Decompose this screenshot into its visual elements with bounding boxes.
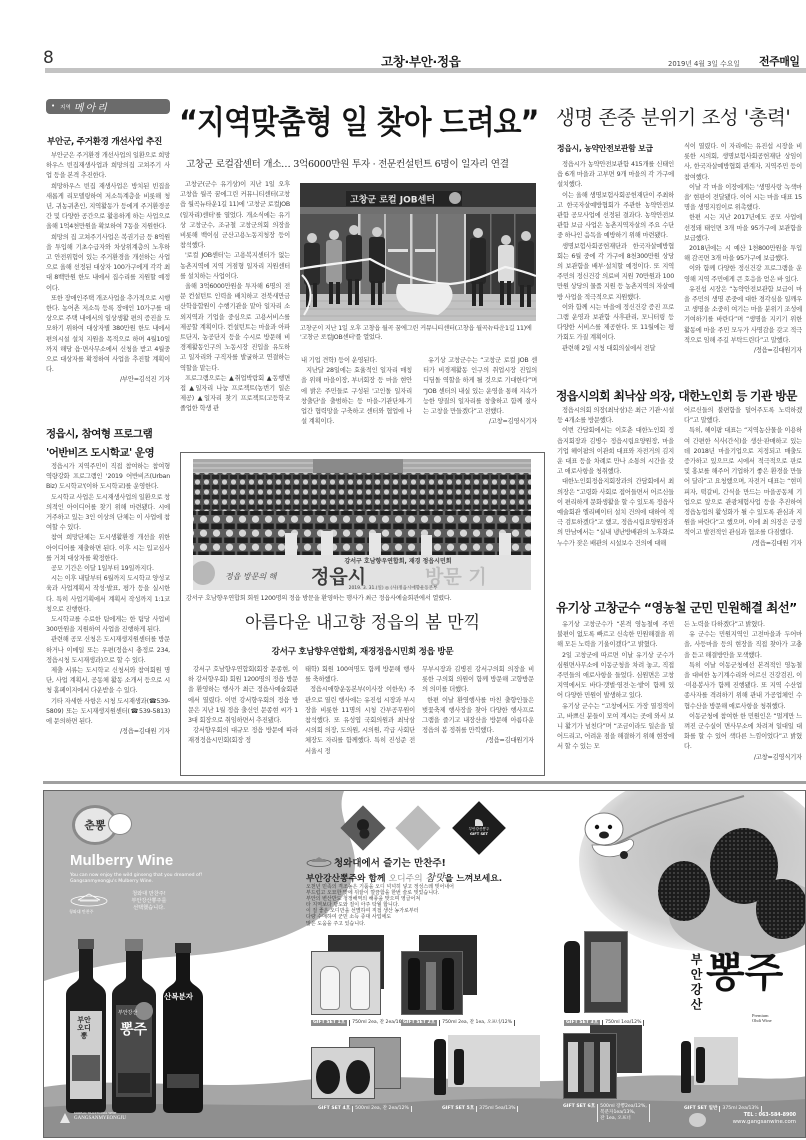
gift-set-detail: 375ml 2ea/13% [719,1106,761,1112]
paragraph: 정읍시가 지역주민이 직접 참여하는 참여형 역량강화 프로그램인 '2019 … [46,462,170,493]
gift-set-3-bag [584,931,628,1013]
article-body-council-col2: 어르신들의 불편함을 덜어주도록 노력하겠다”고 말했다. 특히, 헤이팜 대표… [684,406,802,574]
ad-website: www.gangsanwine.com [712,1119,796,1125]
gift-set-detail: 750ml 2ea, 잔 2ea/16% [349,1020,409,1026]
paragraph: 관련해 2일 시청 대회의실에서 전달 [557,344,674,354]
paragraph: 이동군청에 참여한 한 민원인은 “멀게만 느껴진 군수실이 면사무소에 차려져… [684,712,802,753]
gift-set-badge: GIFT SET 1호 [311,1020,347,1026]
byline: /고창=김영식기자 [423,417,537,427]
gift-set-detail: 375ml 5ea/13% [476,1106,518,1112]
paragraph: 정읍시의회 의장(최낙삼)은 최근 기관·시설 등 4개소를 방문했다. [557,406,674,426]
gift-set-5-image [448,1035,540,1087]
photo-jobcenter-opening: 고창군 로컬 JOB센터 [300,183,536,321]
paragraph: 유기상 고창군수가 “본격 영농철에 주민 불편이 없도록 빠르고 신속한 민원… [557,620,674,651]
headline-buan-housing: 부안군, 주거환경 개선사업 추진 [47,135,162,147]
gift-set-general-bottle [681,1041,691,1093]
article-body-hometown-col1: 강서구 호남향우연합회(회장 문종현, 이하 강서향우회) 회원 1200명의 … [188,665,298,767]
paragraph: 공모 기간은 이달 1일부터 19일까지다. [46,564,170,574]
ad-headline-line2: 부안강산뽕주와 함께 오디주의 참맛을 느껴보세요. [306,869,502,884]
header-rule [45,68,806,73]
photo-caption-jobcenter: 고창군이 지난 1일 오후 고창읍 월곡 꿈에그린 커뮤니티센터(고창읍 월곡뉴… [300,324,536,343]
paragraph: 이는 올해 생명보험사회공헌재단이 주최하고 한국자살예방협회가 주관한 농약안… [557,191,674,242]
banner-top-text: 강서구 호남향우연합회, 재경 정읍시민회 [344,557,451,565]
article-body-jobcenter-col1: 고창군(군수 유기상)이 지난 1일 오후 고창읍 월곡 꿈에그린 커뮤니티센터… [180,180,290,432]
photo-jobcenter-image: 고창군 로컬 JOB센터 [300,183,536,321]
byline: /고창=김영식기자 [684,753,802,763]
photo-hometown-image: 강서구 호남향우연합회, 재경 정읍시민회 정읍 방문의 해 정읍시 방문 기 … [193,459,531,590]
article-body-urbanbiz: 정읍시가 지역주민이 직접 참여하는 참여형 역량강화 프로그램인 '2019 … [46,462,170,778]
paragraph: 2018년에는 시 예산 1천800만원을 투입해 감곡면 3개 마을 95가구… [684,244,802,264]
brand-logo-text: 춘뽕 [84,817,105,833]
calligraphy-big: 뽕주 [706,941,783,998]
gift-set-badge: GIFT SET 일반 [684,1106,717,1112]
article-body-pesticide-col2: 식이 열렸다. 이 자리에는 유진섭 시장을 비롯한 시의회, 생명보험사회공헌… [684,142,802,364]
ad-headline-part: 오디주의 [389,874,426,884]
headline-urbanbiz-line1: 정읍시, 참여형 프로그램 [46,426,152,441]
gift-set-3-bottle [564,941,580,1013]
paragraph: 내 기업 견학) 등이 운영된다. [301,356,412,366]
article-body-jobcenter-col3: 유기상 고창군수는 “고창군 로컬 JOB 센터가 비경제활동 인구의 취업시장… [423,356,537,438]
paragraph: 식이 열렸다. 이 자리에는 유진섭 시장을 비롯한 시의회, 생명보험사회공헌… [684,142,802,183]
article-body-council-col1: 정읍시의회 의장(최낙삼)은 최근 기관·시설 등 4개소를 방문했다. 이번 … [557,406,674,572]
advertisement-mulberry-wine: 춘뽕 Mulberry Wine You can now enjoy the w… [43,790,806,1138]
brand-seal-icon [689,1113,706,1127]
byline: /정읍=김대원 기자 [684,539,802,549]
maker-name: GANGSANMYEONGJU [74,1116,126,1121]
paragraph: 강서구 호남향우연합회(회장 문종현, 이하 강서향우회) 회원 1200명의 … [188,665,298,726]
gift-set-badge: GIFT SET 6호 [563,1104,595,1110]
ad-body-text: 오천년 민족의 격조높은 기품을 오디 넉넉히 넣고 정성스레 빚어내어 부드럽… [306,884,454,927]
headline-urbanbiz-line2: '어반비즈 도시학교' 운영 [46,445,154,460]
paragraph: 어르신들의 불편함을 덜어주도록 노력하겠다”고 말했다. [684,406,802,426]
bottle-label-3: 산복분자 [164,991,193,1002]
paragraph: '로컬 JOB센터'는 고용복지센터가 없는 농촌지역에 지역 거점형 일자리 … [180,251,290,282]
paragraph: 관련해 공모 신청은 도시재생지원센터를 방문하거나 이메일 또는 우편(정읍시… [46,635,170,666]
selection-line: 청와대 만찬주! [114,891,184,898]
gift-set-4-image [311,1047,375,1099]
calligraphy-small: 부안강산 [688,953,705,1013]
column-label-local-echo: • 지역 메아리 [46,99,170,114]
paragraph: 강서향우회의 대규모 정읍 방문에 따라 재경정읍시민회(회장 정 [188,726,298,746]
gift-set-5-label: GIFT SET 5호375ml 5ea/13% [442,1106,518,1112]
brand-title: Mulberry Wine [70,852,173,869]
paragraph: 고창군(군수 유기상)이 지난 1일 오후 고창읍 월곡 꿈에그린 커뮤니티센터… [180,180,290,251]
issue-date: 2019년 4월 3일 수요일 [668,58,740,68]
page-number: 8 [43,48,54,68]
photo-hometown-group: 강서구 호남향우연합회, 재경 정읍시민회 정읍 방문의 해 정읍시 방문 기 … [193,459,531,590]
paragraph: 생명보험사회공헌재단과 한국자살예방협회는 6월 중에 각 가구에 8천300만… [557,242,674,303]
paragraph: 제출 서류는 도시학교 신청서와 참여회원 명단, 사업 계획서, 공동체 활동… [46,666,170,697]
tagline-line: You can now enjoy the wild ginseng that … [70,873,202,879]
paragraph: 특히, 헤이팜 대표는 “지역농산물을 이용하여 간편한 식사(간식)을 생산·… [684,426,802,538]
paragraph: 무부시장과 김병진 강서구의회 의장을 비롯한 구의회 의원이 함께 방문해 고… [422,665,534,696]
paragraph: 희망하우스 빈집 재생사업은 방치된 빈집을 새롭게 리모델링하여 저소득계층을… [46,182,170,233]
article-body-hometown-col3: 무부시장과 김병진 강서구의회 의장을 비롯한 구의회 의원이 함께 방문해 고… [422,665,534,769]
paragraph: 대한노인회정읍지회장과의 간담회에서 최 의장은 “고령화 사회로 접어들면서 … [557,477,674,548]
byline: /정읍=김대원기자 [684,346,802,356]
photo-caption-hometown: 강서구 호남향우연합회 회원 1200명의 정읍 방문을 환영하는 행사가 최근… [186,594,541,603]
ad-headline-part: 참맛 [425,873,444,884]
paragraph: 이날 각 마을 이장에게는 '생명사랑 녹색마을' 현판이 전달됐다. 이어 시… [684,183,802,214]
gift-set-4-label: GIFT SET 4호500ml 2ea, 잔 2ea/12% [318,1106,412,1112]
byline: /정읍=김대원기자 [422,736,534,746]
headline-mayor: 유기상 고창군수 “영농철 군민 민원해결 최선” [556,598,797,616]
gift-logo-icon [475,819,483,826]
tagline-line: Gangsanmyeongju's Mulberry Wine. [70,879,202,885]
bottle-label-1: 부안오디뽕 [74,1016,94,1040]
byline: /정읍=김대원 기자 [46,727,170,737]
article-body-pesticide-col1: 정읍시가 농약안전보관함 415개를 신태인읍 6개 마을과 고부면 9개 마을… [557,160,674,365]
gift-set-2-image [401,951,463,1015]
paragraph: 이와 함께 시는 마을에 정신건강 증진 프로그램 운영과 보관함 사후관리, … [557,303,674,344]
paragraph: 또한 장애인주택 개조사업을 추가적으로 시행한다. 농어촌 저소득 등록 장애… [46,294,170,376]
article-body-buan: 부안군은 주거환경 개선사업의 일환으로 희망하우스 빈집재생사업과 희망의집 … [46,151,170,407]
selection-line: 선택했습니다. [114,905,184,912]
gift-set-detail: 750ml 2ea, 잔 1ea, 오프너/12% [439,1020,515,1026]
gift-set-badge: GIFT SET 4호 [318,1106,350,1112]
ad-body-line: 많은 도움을 주고 있습니다. [306,921,454,927]
gift-set-badge: GIFT SET 5호 [442,1106,474,1112]
article-body-hometown-col2: 태학) 회원 100여명도 함께 방문해 행사를 축하했다. 정읍시애향운동본부… [305,665,415,767]
paragraph: 도시학교를 수료한 팀에게는 한 팀당 사업비 300만원을 지원하여 사업을 … [46,615,170,635]
paragraph: 특히 이날 이동군청에선 본격적인 영농철을 대비한 농기계수리와 어르신 건강… [684,661,802,712]
gift-set-diamond-text: 부안강산뽕주 GIFT SET [459,819,499,837]
ad-headline-line1: 청와대에서 즐기는 만찬주! [334,855,446,869]
banner-main-text: 정읍시 [311,565,366,588]
paragraph: 지난달 28일에는 효율적인 일자리 매칭을 위해 마을이장, 부녀회장 등 마… [301,366,412,427]
article-body-mayor-col1: 유기상 고창군수가 “본격 영농철에 주민 불편이 없도록 빠르고 신속한 민원… [557,620,674,778]
gift-set-badge: GIFT SET 2호 [401,1020,437,1026]
paragraph: 올해 3억6000만원을 투자해 6명의 전문 컨설턴트 인력을 배치하고 전북… [180,282,290,374]
column-label-title: 메아리 [74,99,109,114]
blue-house-emblem-small-icon [306,855,332,867]
gift-set-1-label: GIFT SET 1호750ml 2ea, 잔 2ea/16% [311,1020,409,1026]
paragraph: 유 군수는 민원지역인 고전마을과 두어마을, 사등마을 등의 현장을 직접 찾… [684,630,802,661]
ad-phone: TEL : 063-584-8900 [724,1113,796,1118]
paragraph: 한편 이날 환영행사를 마친 출향인들은 벚꽃축제 행사장을 찾아 다양한 행사… [422,696,534,737]
selection-text: 청와대 만찬주! 부안강산뽕주를 선택했습니다. [114,891,184,912]
gift-set-detail: 500ml 장뽕2ea/12%, 복분자1ea/13%, 잔 1ea, 오프너 [597,1104,650,1122]
premium-label: Premium Ohdi Wine [752,1013,772,1024]
logo-mascot-icon [108,813,132,835]
subtitle-jobcenter: 고창군 로컬잡센터 개소… 3억6000만원 투자 · 전문컨설턴트 6명이 일… [186,156,509,170]
gift-set-general-label: GIFT SET 일반375ml 2ea/13% [684,1106,762,1112]
newspaper-name: 전주매일 [759,53,800,69]
paragraph: 참여 희망단체는 도시생활환경 개선을 위한 아이디어를 제출하면 된다. 이후… [46,533,170,564]
premium-line: Ohdi Wine [752,1018,772,1023]
paragraph: 이와 함께 다양한 정신건강 프로그램을 운영해 지역 주민에게 큰 호응을 얻… [684,264,802,284]
ad-separator-rule [43,781,806,784]
gift-set-1-image [311,951,381,1015]
paragraph: 유진섭 시장은 “농약안전보관함 보급이 마을 주민의 생명 존중에 대한 경각… [684,285,802,346]
paragraph: 유기상 군수는 “고창에서도 가장 열정적이고, 바쁘신 분들이 모여 계시는 … [557,702,674,753]
paragraph: 한편 시는 지난 2017년에도 공모 사업에 선정돼 태인면 3개 마을 95… [684,213,802,244]
selection-line: 부안강산뽕주를 [114,898,184,905]
paragraph: 정읍시애향운동본부(이사장 이한욱) 주관으로 열린 행사에는 유진섭 시장과 … [305,685,415,756]
gift-set-2-label: GIFT SET 2호750ml 2ea, 잔 1ea, 오프너/12% [401,1020,515,1026]
headline-jobcenter: “지역맞춤형 일 찾아 드려요” [179,97,539,143]
paragraph: 태학) 회원 100여명도 함께 방문해 행사를 축하했다. [305,665,415,685]
ad-headline-part: 부안강산뽕주와 함께 [306,874,389,884]
banner-main-text-2: 방문 기 [425,565,487,588]
gift-set-6-image [563,1033,617,1099]
paragraph: 희망의 집 고쳐주기사업은 복권기금 등 8억원을 투입해 기초수급자와 차상위… [46,233,170,294]
blue-house-emblem-icon [70,891,108,907]
paragraph: 프로그램으로는 ▲취업박람회 ▲동행면접 ▲일자리 나눔 프로젝트(농번기 일손… [180,374,290,415]
paragraph: 기타 자세한 사항은 시청 도시재생과(☎539-5809) 또는 도시재생지원… [46,697,170,728]
subtitle-hometown: 강서구 호남향우연합회, 재경정읍시민회 정읍 방문 [180,645,545,657]
brand-tagline: You can now enjoy the wild ginseng that … [70,873,202,884]
diamond-text-line: GIFT SET [459,832,499,837]
photo-sign-text: 고창군 로컬 JOB센터 [350,194,435,206]
column-label-prefix: 지역 [60,103,71,111]
paragraph: 정읍시가 농약안전보관함 415개를 신태인읍 6개 마을과 고부면 9개 마을… [557,160,674,191]
headline-council: 정읍시의회 최낙삼 의장, 대한노인회 등 기관 방문 [556,387,797,404]
headline-hometown: 아름다운 내고향 정읍의 봄 만끽 [180,608,545,633]
gift-set-6-label: GIFT SET 6호 500ml 장뽕2ea/12%, 복분자1ea/13%,… [563,1104,650,1122]
bottle-label-2: 뽕주 [120,1019,147,1039]
gift-set-5-bottle [434,1039,446,1095]
paragraph: 도시학교 사업은 도시재생사업의 일환으로 창의적인 아이디어를 찾기 위해 마… [46,493,170,534]
bullet-icon: • [51,103,55,110]
headline-pesticide: 생명 존중 분위기 조성 '총력' [556,102,790,130]
bottle-label-2-small: 부안강산 [118,1009,137,1016]
byline: /부안=김석진 기자 [46,375,170,385]
ad-headline-part: 을 느껴보세요. [445,874,502,884]
gift-set-general-image [694,1037,738,1085]
banner-slogan: 정읍 방문의 해 [225,572,278,581]
gift-set-detail-line: 잔 1ea, 오프너 [600,1116,647,1122]
emblem-caption: 청와대 만찬주 [69,909,93,915]
gift-set-detail: 500ml 2ea, 잔 2ea/12% [352,1106,412,1112]
article-body-mayor-col2: 든 노력을 다하겠다”고 밝혔다. 유 군수는 민원지역인 고전마을과 두어마을… [684,620,802,780]
paragraph: 2일 고창군에 따르면 이날 유기상 군수가 심원면사무소에 이동군청을 차려 … [557,651,674,702]
subheadline-pesticide: 정읍시, 농약안전보관함 보급 [557,143,653,154]
article-body-jobcenter-col2: 내 기업 견학) 등이 운영된다. 지난달 28일에는 효율적인 일자리 매칭을… [301,356,412,436]
paragraph: 이번 간담회에서는 이호춘 대한노인회 정읍지회장과 김병수 정읍시립요양원장,… [557,426,674,477]
paragraph: 부안군은 주거환경 개선사업의 일환으로 희망하우스 빈집재생사업과 희망의집 … [46,151,170,182]
paragraph: 유기상 고창군수는 “고창군 로컬 JOB 센터가 비경제활동 인구의 취업시장… [423,356,537,417]
paragraph: 든 노력을 다하겠다”고 밝혔다. [684,620,802,630]
paragraph: 시는 이후 내달부터 6월까지 도시학교 양성교육과 사업계획서 작성·발표, … [46,574,170,615]
maker-small-text: KOREAN TRADITIONAL WINE [74,1111,116,1115]
